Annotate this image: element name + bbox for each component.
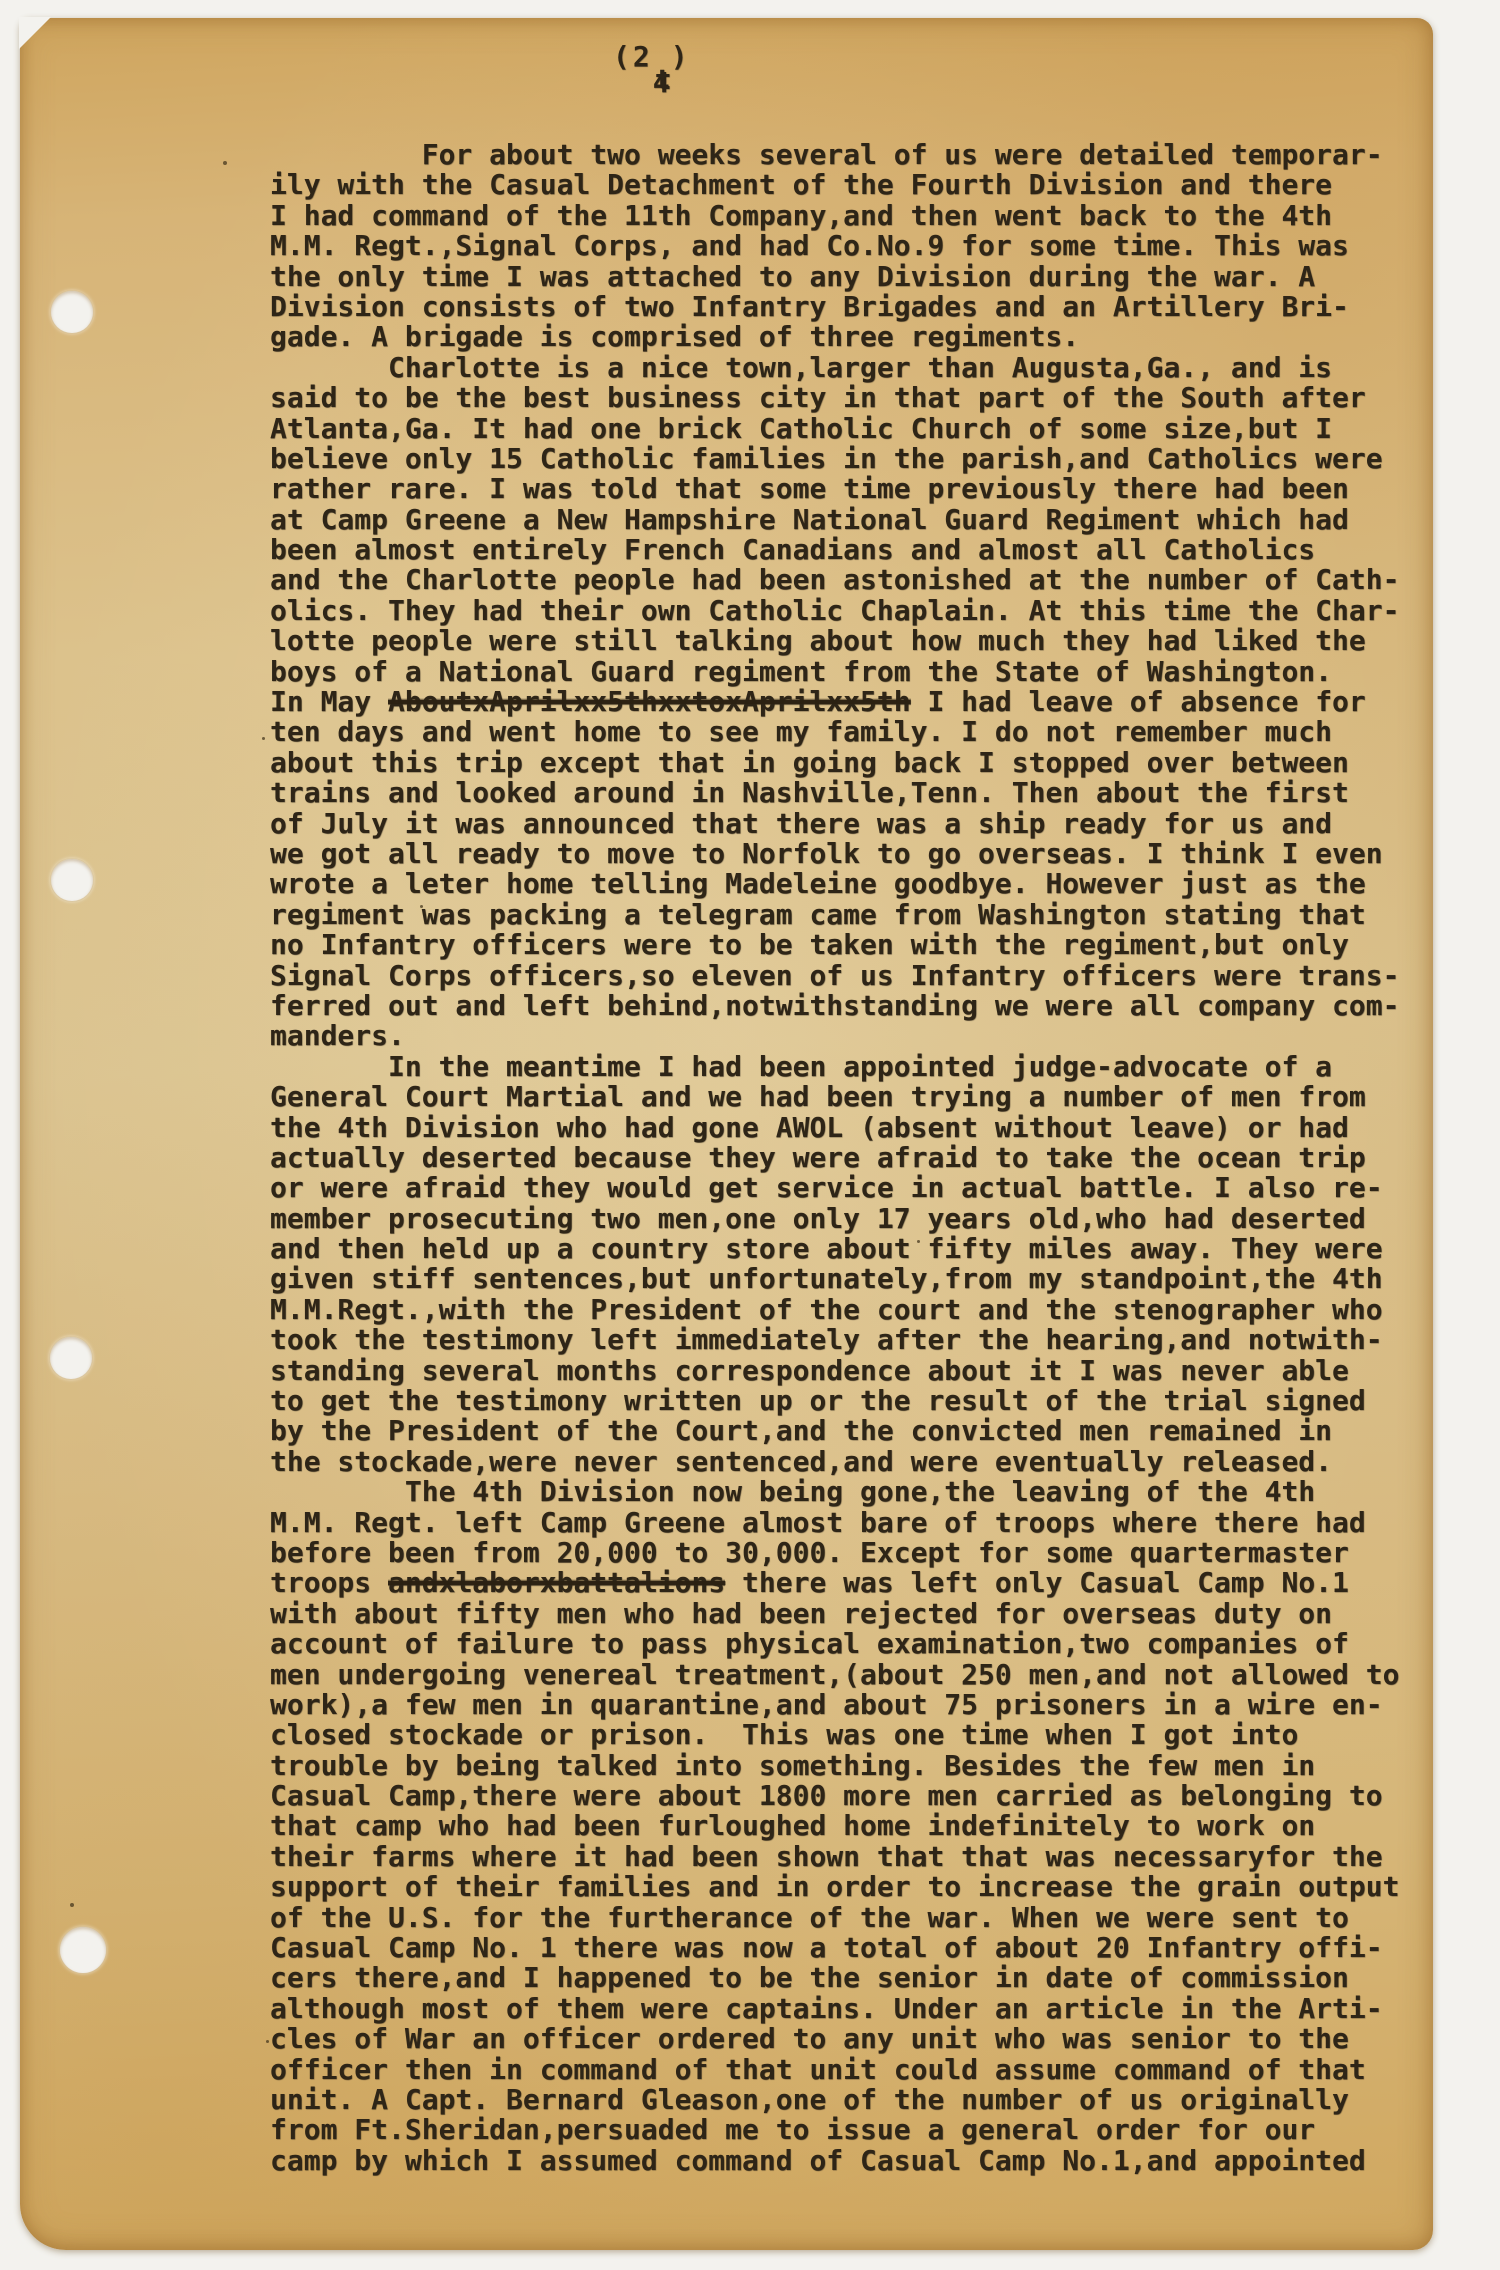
text-line: by the President of the Court,and the co… <box>270 1416 1399 1446</box>
text-line: about this trip except that in going bac… <box>270 748 1399 778</box>
text-line: I had command of the 11th Company,and th… <box>270 201 1399 231</box>
text-line: their farms where it had been shown that… <box>270 1842 1399 1872</box>
page-number-digit: 2 <box>633 40 653 73</box>
text-line: and the Charlotte people had been astoni… <box>270 565 1399 595</box>
text-line: Atlanta,Ga. It had one brick Catholic Ch… <box>270 414 1399 444</box>
punch-hole <box>50 1337 92 1379</box>
text-line: and then held up a country store about f… <box>270 1234 1399 1264</box>
text-line: of July it was announced that there was … <box>270 809 1399 839</box>
page-sheet: (24t) For about two weeks several of us … <box>20 18 1433 2250</box>
text-line: actually deserted because they were afra… <box>270 1143 1399 1173</box>
text-line: camp by which I assumed command of Casua… <box>270 2146 1399 2176</box>
text-line: closed stockade or prison. This was one … <box>270 1720 1399 1750</box>
page-number: (24t) <box>613 40 691 73</box>
text-line: the stockade,were never sentenced,and we… <box>270 1447 1399 1477</box>
text-line: M.M. Regt.,Signal Corps, and had Co.No.9… <box>270 231 1399 261</box>
text-line: took the testimony left immediately afte… <box>270 1325 1399 1355</box>
speck <box>420 905 423 908</box>
text-line: Charlotte is a nice town,larger than Aug… <box>270 353 1399 383</box>
text-line: regiment was packing a telegram came fro… <box>270 900 1399 930</box>
text-line: said to be the best business city in tha… <box>270 383 1399 413</box>
text-line: rather rare. I was told that some time p… <box>270 474 1399 504</box>
text-line: ily with the Casual Detachment of the Fo… <box>270 170 1399 200</box>
text-line: from Ft.Sheridan,persuaded me to issue a… <box>270 2115 1399 2145</box>
text-line: troops andxlaborxbattalions there was le… <box>270 1568 1399 1598</box>
text-line: Casual Camp No. 1 there was now a total … <box>270 1933 1399 1963</box>
text-line: lotte people were still talking about ho… <box>270 626 1399 656</box>
text-line: member prosecuting two men,one only 17 y… <box>270 1204 1399 1234</box>
text-line: to get the testimony written up or the r… <box>270 1386 1399 1416</box>
text-line: cers there,and I happened to be the seni… <box>270 1963 1399 1993</box>
speck <box>262 737 265 740</box>
typewritten-text: For about two weeks several of us were d… <box>270 140 1399 2176</box>
speck <box>70 1903 74 1907</box>
text-line: been almost entirely French Canadians an… <box>270 535 1399 565</box>
scan-background: (24t) For about two weeks several of us … <box>0 0 1500 2270</box>
text-line: M.M.Regt.,with the President of the cour… <box>270 1295 1399 1325</box>
text-line: Signal Corps officers,so eleven of us In… <box>270 961 1399 991</box>
text-line: ten days and went home to see my family.… <box>270 717 1399 747</box>
text-line: ferred out and left behind,notwithstandi… <box>270 991 1399 1021</box>
text-line: we got all ready to move to Norfolk to g… <box>270 839 1399 869</box>
text-segment: I had leave of absence for <box>911 685 1366 718</box>
text-line: In the meantime I had been appointed jud… <box>270 1052 1399 1082</box>
text-line: manders. <box>270 1021 1399 1051</box>
text-line: believe only 15 Catholic families in the… <box>270 444 1399 474</box>
text-line: at Camp Greene a New Hampshire National … <box>270 505 1399 535</box>
text-line: unit. A Capt. Bernard Gleason,one of the… <box>270 2085 1399 2115</box>
text-line: boys of a National Guard regiment from t… <box>270 657 1399 687</box>
struck-out-text: andxlaborxbattalions <box>388 1566 725 1599</box>
page-number-open: ( <box>613 40 633 73</box>
text-line: the only time I was attached to any Divi… <box>270 262 1399 292</box>
text-line: standing several months correspondence a… <box>270 1356 1399 1386</box>
punch-hole <box>60 1927 106 1973</box>
text-line: For about two weeks several of us were d… <box>270 140 1399 170</box>
text-line: of the U.S. for the furtherance of the w… <box>270 1903 1399 1933</box>
text-line: work),a few men in quarantine,and about … <box>270 1690 1399 1720</box>
text-line: given stiff sentences,but unfortunately,… <box>270 1264 1399 1294</box>
text-line: trouble by being talked into something. … <box>270 1751 1399 1781</box>
text-line: the 4th Division who had gone AWOL (abse… <box>270 1113 1399 1143</box>
speck <box>1238 642 1241 645</box>
text-line: before been from 20,000 to 30,000. Excep… <box>270 1538 1399 1568</box>
speck <box>223 161 227 165</box>
text-line: M.M. Regt. left Camp Greene almost bare … <box>270 1508 1399 1538</box>
text-segment: there was left only Casual Camp No.1 <box>725 1566 1349 1599</box>
page-number-over-b: t <box>655 63 675 96</box>
speck <box>266 2040 269 2043</box>
text-line: no Infantry officers were to be taken wi… <box>270 930 1399 960</box>
text-line: account of failure to pass physical exam… <box>270 1629 1399 1659</box>
text-segment: In May <box>270 685 388 718</box>
text-line: support of their families and in order t… <box>270 1872 1399 1902</box>
text-line: The 4th Division now being gone,the leav… <box>270 1477 1399 1507</box>
text-line: officer then in command of that unit cou… <box>270 2055 1399 2085</box>
text-line: General Court Martial and we had been tr… <box>270 1082 1399 1112</box>
text-line: men undergoing venereal treatment,(about… <box>270 1660 1399 1690</box>
text-line: that camp who had been furloughed home i… <box>270 1811 1399 1841</box>
text-line: trains and looked around in Nashville,Te… <box>270 778 1399 808</box>
text-line: wrote a leter home telling Madeleine goo… <box>270 869 1399 899</box>
text-line: gade. A brigade is comprised of three re… <box>270 322 1399 352</box>
text-line: Division consists of two Infantry Brigad… <box>270 292 1399 322</box>
corner-fold <box>19 17 51 49</box>
speck <box>917 1240 920 1243</box>
struck-out-text: AboutxAprilxx5thxxtoxAprilxx5th <box>388 685 911 718</box>
punch-hole <box>51 859 93 901</box>
text-line: cles of War an officer ordered to any un… <box>270 2024 1399 2054</box>
punch-hole <box>51 291 93 333</box>
text-line: olics. They had their own Catholic Chapl… <box>270 596 1399 626</box>
text-line: Casual Camp,there were about 1800 more m… <box>270 1781 1399 1811</box>
text-segment: troops <box>270 1566 388 1599</box>
text-line: or were afraid they would get service in… <box>270 1173 1399 1203</box>
text-line: In May AboutxAprilxx5thxxtoxAprilxx5th I… <box>270 687 1399 717</box>
text-line: with about fifty men who had been reject… <box>270 1599 1399 1629</box>
text-line: although most of them were captains. Und… <box>270 1994 1399 2024</box>
